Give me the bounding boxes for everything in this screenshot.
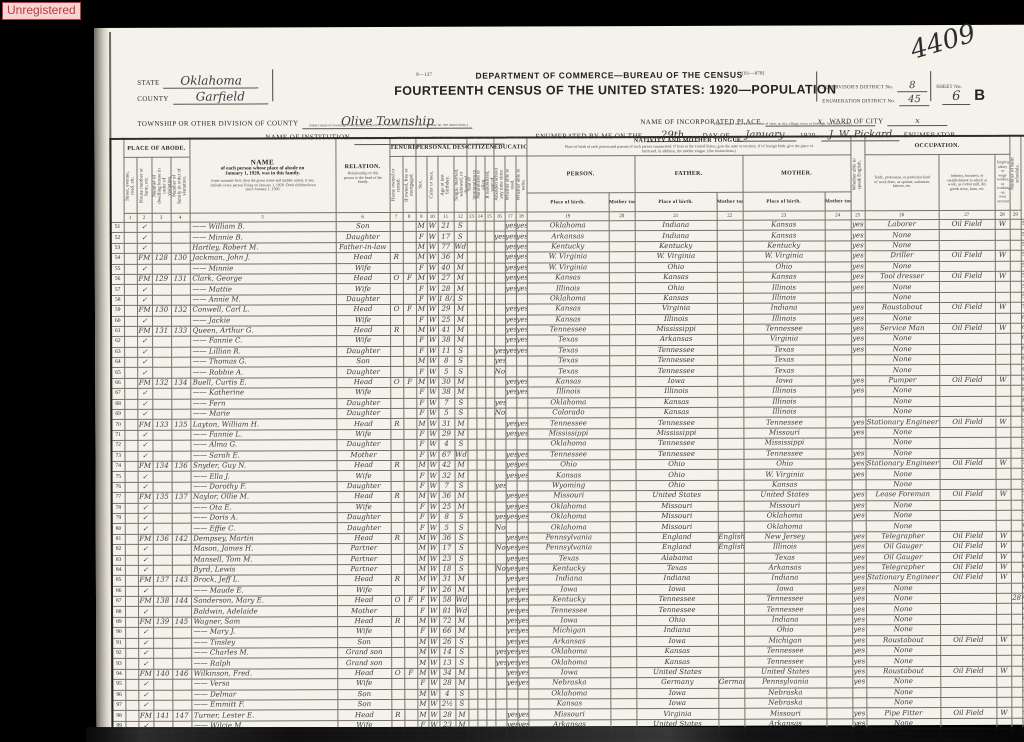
cell-age: 14 (439, 647, 455, 657)
cell-rel: Daughter (336, 408, 390, 419)
cell-fb: W. Virginia (635, 251, 717, 262)
cell-home: R (390, 419, 403, 429)
cell-nat (477, 460, 486, 470)
cell-race: W (427, 336, 438, 346)
cell-mt (825, 272, 851, 282)
cell-ft (717, 251, 743, 261)
cell-farm (1011, 635, 1022, 645)
cell-dw (152, 357, 171, 367)
cell-read: yes (506, 533, 517, 543)
cell-imm (468, 512, 477, 522)
cell-home (391, 471, 404, 481)
cell-sch (495, 606, 506, 616)
cell-age: 8 (438, 356, 454, 366)
cell-race: W (427, 408, 438, 418)
cell-pb: Kansas (528, 699, 610, 710)
cell-rel: Wife (337, 627, 391, 638)
cell-mb: Indiana (744, 573, 826, 584)
cell-rel: Wife (336, 336, 390, 347)
cell-rel: Wife (336, 388, 390, 399)
employer-header: Employer, salary or wage worker, or work… (995, 154, 1010, 210)
cell-mt (825, 334, 851, 344)
cell-write: yes (517, 637, 528, 647)
cell-eng (851, 355, 865, 365)
cell-name: Byrd, Lewis (191, 565, 337, 576)
cell-s1 (125, 669, 138, 679)
cell-nat (476, 263, 485, 273)
cell-write: yes (516, 304, 527, 314)
cell-emp: W (996, 458, 1011, 468)
cell-rel: Wife (336, 284, 390, 295)
cell-ft (718, 522, 744, 532)
cell-pb: Oklahoma (528, 657, 610, 668)
cell-write: yes (517, 564, 528, 574)
line-number: 84 (112, 565, 125, 575)
cell-farm (1011, 604, 1022, 614)
sheet-letter: B (974, 87, 985, 104)
cell-farm (1010, 292, 1021, 302)
cell-pt (610, 553, 636, 563)
cell-sex: M (417, 533, 428, 543)
cell-eng: yes (851, 386, 865, 396)
cell-occ: None (866, 479, 940, 490)
cell-dw (152, 233, 171, 243)
cell-sex: F (416, 429, 427, 439)
cell-eng: yes (851, 251, 865, 261)
cell-pb: Oklahoma (527, 293, 609, 304)
cell-eng: yes (851, 417, 865, 427)
line-number: 90 (112, 628, 125, 638)
cell-rel: Daughter (336, 440, 390, 451)
cell-farm (1010, 240, 1021, 250)
cell-natyr (486, 678, 495, 688)
line-number: 65 (111, 368, 124, 378)
cell-occ: None (866, 438, 940, 449)
cell-farm (1011, 656, 1022, 666)
cell-dw: 134 (153, 461, 172, 471)
cell-name: —— Ralph (191, 658, 337, 669)
cell-fam (171, 388, 190, 398)
cell-ft: English (718, 542, 744, 552)
cell-dw (153, 482, 172, 492)
census-table: PLACE OF ABODE.NAMEof each person whose … (109, 135, 1024, 742)
cell-eng: yes (851, 324, 865, 334)
cell-read: yes (505, 263, 516, 273)
mother-subgroup-header: MOTHER. (743, 155, 851, 193)
cell-ind: Oil Field (939, 219, 995, 230)
cell-ft (718, 646, 744, 656)
line-number: 85 (112, 576, 125, 586)
cell-home (391, 544, 404, 554)
cell-write: yes (517, 533, 528, 543)
cell-mort (404, 616, 417, 626)
cell-age: 31 (438, 419, 454, 429)
cell-rel: Wife (336, 263, 390, 274)
cell-home: O (390, 377, 403, 387)
column-number: 14 (476, 212, 485, 221)
cell-farm (1010, 250, 1021, 260)
cell-mar: Wd (455, 606, 468, 616)
cell-mar: S (454, 232, 467, 242)
cell-farm (1011, 479, 1022, 489)
cell-name: —— Mattie (190, 284, 336, 295)
cell-name: —— Maude E. (191, 585, 337, 596)
cell-nat (476, 419, 485, 429)
cell-fam (172, 586, 191, 596)
cell-write: yes (517, 450, 528, 460)
cell-natyr (486, 543, 495, 553)
cell-dw (152, 337, 171, 347)
cell-ind (940, 656, 996, 667)
cell-race: W (428, 637, 439, 647)
cell-natyr (486, 668, 495, 678)
cell-s1 (125, 680, 138, 690)
cell-emp (995, 282, 1010, 292)
cell-sex: M (417, 575, 428, 585)
brace-left (272, 69, 273, 101)
cell-mar: Wd (454, 242, 467, 252)
cell-eng: yes (852, 500, 866, 510)
cell-s1 (124, 409, 137, 419)
cell-race: W (428, 481, 439, 491)
cell-mk: ✓ (138, 472, 153, 482)
cell-fb: England (636, 532, 718, 543)
cell-pb: Texas (528, 553, 610, 564)
cell-nat (476, 325, 485, 335)
cell-mk: FM (138, 617, 153, 627)
cell-imm (468, 678, 477, 688)
column-label-vertical: Whether able to read. (505, 166, 515, 202)
cell-nat (476, 273, 485, 283)
cell-ft (717, 220, 743, 230)
cell-occ: None (865, 386, 939, 397)
cell-age: 5 (439, 523, 455, 533)
cell-pb: Texas (527, 356, 609, 367)
cell-pb: W. Virginia (527, 262, 609, 273)
person-tongue-header: Mother tongue. (609, 193, 635, 212)
cell-write: yes (517, 470, 528, 480)
cell-mort (404, 710, 417, 720)
cell-dw (152, 399, 171, 409)
cell-mar: S (454, 294, 467, 304)
cell-rel: Head (337, 460, 391, 471)
county-label: COUNTY (137, 95, 169, 103)
cell-s1 (124, 378, 137, 388)
cell-occ: None (865, 240, 939, 251)
cell-farm: 28 (1011, 593, 1022, 603)
cell-fb: Indiana (636, 574, 718, 585)
cell-ft (717, 231, 743, 241)
cell-mort: F (403, 273, 416, 283)
cell-imm (467, 294, 476, 304)
cell-pb: Iowa (528, 667, 610, 678)
cell-age: 34 (439, 668, 455, 678)
cell-name: Naylor, Ollie M. (191, 492, 337, 503)
cell-sch (495, 689, 506, 699)
cell-pt (610, 615, 636, 625)
cell-nat (476, 252, 485, 262)
line-number: 58 (111, 295, 124, 305)
cell-sex: M (417, 710, 428, 720)
cell-farm (1011, 510, 1022, 520)
cell-mar: M (454, 377, 467, 387)
cell-eng: yes (851, 272, 865, 282)
cell-read: yes (505, 283, 516, 293)
cell-mort (404, 606, 417, 616)
cell-mb: Tennessee (744, 594, 826, 605)
cell-home (391, 564, 404, 574)
cell-race: W (427, 232, 438, 242)
cell-age: 36 (439, 491, 455, 501)
cell-mort (404, 679, 417, 689)
cell-natyr (486, 606, 495, 616)
cell-ft (717, 324, 743, 334)
cell-imm (468, 699, 477, 709)
cell-occ: None (866, 594, 940, 605)
cell-mb: Tennessee (744, 604, 826, 615)
cell-dw (153, 627, 172, 637)
column-label-vertical: Number of farm schedule. (1010, 155, 1020, 191)
brace-sheet (930, 71, 931, 101)
cell-dw (153, 544, 172, 554)
cell-eng: yes (851, 261, 865, 271)
cell-sch (495, 533, 506, 543)
cell-ind (939, 313, 995, 324)
cell-s1 (124, 441, 137, 451)
cell-emp (996, 427, 1011, 437)
cell-rel: Head (337, 575, 391, 586)
cell-eng: yes (851, 241, 865, 251)
cell-mort (403, 388, 416, 398)
cell-imm (467, 252, 476, 262)
cell-fam: 130 (171, 253, 190, 263)
cell-imm (468, 522, 477, 532)
cell-mt (825, 428, 851, 438)
cell-ft (718, 553, 744, 563)
cell-dw (152, 243, 171, 253)
cell-occ: Telegrapher (866, 531, 940, 542)
cell-home: O (391, 668, 404, 678)
cell-pt (609, 408, 635, 418)
cell-ft (718, 688, 744, 698)
cell-mk: ✓ (137, 264, 152, 274)
column-number: 7 (390, 212, 403, 221)
cell-nat (477, 543, 486, 553)
cell-farm (1011, 500, 1022, 510)
cell-race: W (428, 471, 439, 481)
cell-s1 (125, 700, 138, 710)
cell-eng: yes (852, 625, 866, 635)
cell-occ: Lease Foreman (866, 490, 940, 501)
column-number: 10 (427, 212, 438, 221)
cell-occ: None (866, 521, 940, 532)
cell-fb: Virginia (635, 303, 717, 314)
cell-mk: ✓ (137, 347, 152, 357)
column-number: 22 (717, 211, 743, 220)
cell-dw (152, 285, 171, 295)
cell-dw (152, 368, 171, 378)
cell-read: yes (506, 574, 517, 584)
cell-nat (476, 356, 485, 366)
cell-read: yes (505, 242, 516, 252)
cell-natyr (486, 595, 495, 605)
cell-sch: No (495, 564, 506, 574)
cell-home (391, 689, 404, 699)
cell-fb: Iowa (636, 584, 718, 595)
cell-sch (494, 294, 505, 304)
line-number: 53 (111, 243, 124, 253)
scanner-edge-artifact (86, 727, 1024, 742)
cell-sex: M (417, 658, 428, 668)
cell-nat (476, 439, 485, 449)
cell-rel: Daughter (336, 232, 390, 243)
cell-pb: Oklahoma (528, 647, 610, 658)
cell-mar: S (455, 512, 468, 522)
cell-ind (939, 406, 995, 417)
cell-fam (172, 472, 191, 482)
cell-write (516, 439, 527, 449)
line-number: 57 (111, 285, 124, 295)
cell-ind: Oil Field (940, 562, 996, 573)
cell-occ: Tool dresser (865, 272, 939, 283)
cell-pb: Nebraska (528, 678, 610, 689)
cell-nat (476, 315, 485, 325)
cell-mt (826, 552, 852, 562)
cell-mt (826, 635, 852, 645)
cell-imm (468, 450, 477, 460)
cell-pt (610, 491, 636, 501)
column-label-vertical: Whether able to speak English. (853, 156, 863, 192)
line-number: 86 (112, 586, 125, 596)
cell-eng: yes (852, 677, 866, 687)
cell-sch (495, 668, 506, 678)
cell-race: W (427, 398, 438, 408)
column-label-vertical: Sex. (419, 180, 424, 189)
cell-mort (404, 585, 417, 595)
cell-ind: Oil Field (939, 323, 995, 334)
cell-occ: None (866, 646, 940, 657)
cell-age: 17 (439, 543, 455, 553)
cell-ind (940, 687, 996, 698)
cell-ind (940, 604, 996, 615)
cell-ft: English (718, 532, 744, 542)
cell-ft (717, 407, 743, 417)
cell-sex: F (417, 627, 428, 637)
cell-age: 7 (438, 398, 454, 408)
cell-fam (171, 357, 190, 367)
cell-mort: F (404, 668, 417, 678)
cell-ind: Oil Field (940, 552, 996, 563)
cell-ind (939, 261, 995, 272)
cell-dw: 141 (153, 711, 172, 721)
cell-home (390, 336, 403, 346)
cell-read: yes (505, 315, 516, 325)
cell-write: yes (516, 221, 527, 231)
cell-natyr (486, 689, 495, 699)
county-value: Garfield (173, 89, 268, 104)
cell-nat (476, 387, 485, 397)
cell-home (390, 388, 403, 398)
column-number: 15 (485, 212, 494, 221)
cell-read: yes (505, 387, 516, 397)
cell-eng (851, 365, 865, 375)
sheet-values: 6 B (942, 87, 985, 105)
cell-name: —— Effie C. (191, 523, 337, 534)
cell-imm (468, 491, 477, 501)
cell-mort (404, 523, 417, 533)
cell-mar: M (455, 460, 468, 470)
cell-mk: ✓ (138, 628, 153, 638)
column-number: 2 (137, 213, 152, 222)
cell-mb: Ohio (744, 625, 826, 636)
cell-imm (467, 398, 476, 408)
cell-ind (940, 469, 996, 480)
cell-pt (610, 709, 636, 719)
cell-sex: F (417, 471, 428, 481)
cell-occ: None (865, 313, 939, 324)
cell-sex: M (417, 554, 428, 564)
cell-nat (476, 367, 485, 377)
cell-sch (494, 283, 505, 293)
cell-sch: yes (494, 356, 505, 366)
cell-mort (404, 658, 417, 668)
cell-name: —— Doris A. (191, 513, 337, 524)
cell-dw: 128 (152, 253, 171, 263)
cell-age: 42 (439, 460, 455, 470)
column-label-vertical: Attended school any time since Sept. 1, … (494, 166, 505, 202)
cell-name: Snyder, Guy N. (191, 461, 337, 472)
cell-pb: Texas (527, 345, 609, 356)
cell-natyr (485, 429, 494, 439)
column-label-vertical: Number of family in order of visitation. (172, 167, 187, 203)
cell-occ: Stationary Engineer (866, 459, 940, 470)
cell-emp (996, 656, 1011, 666)
cell-rel: Partner (337, 544, 391, 555)
cell-read: yes (506, 626, 517, 636)
column-label-vertical: Naturalized or alien. (476, 166, 485, 202)
cell-race: W (428, 512, 439, 522)
cell-fb: Missouri (636, 511, 718, 522)
cell-mt (825, 355, 851, 365)
line-number-header (110, 139, 123, 223)
industry-header: Industry, business, or establishment in … (939, 154, 995, 210)
cell-pt (610, 501, 636, 511)
cell-fb: Ohio (636, 615, 718, 626)
cell-mt (826, 448, 852, 458)
cell-mt (825, 230, 851, 240)
cell-race: W (428, 543, 439, 553)
cell-sex: M (417, 616, 428, 626)
cell-emp (996, 625, 1011, 635)
cell-sch (494, 263, 505, 273)
column-number: 8 (403, 212, 416, 221)
cell-imm (467, 387, 476, 397)
cell-mt (825, 345, 851, 355)
cell-natyr (485, 325, 494, 335)
cell-home: R (390, 253, 403, 263)
cell-home (391, 502, 404, 512)
cell-name: Dempsey, Martin (191, 533, 337, 544)
cell-sch: yes (495, 481, 506, 491)
cell-home: R (390, 325, 403, 335)
cell-imm (467, 346, 476, 356)
cell-natyr (486, 564, 495, 574)
cell-rel: Wife (337, 679, 391, 690)
cell-fam (172, 503, 191, 513)
cell-emp: W (996, 531, 1011, 541)
father-subgroup-header: FATHER. (635, 155, 743, 193)
cell-nat (477, 689, 486, 699)
